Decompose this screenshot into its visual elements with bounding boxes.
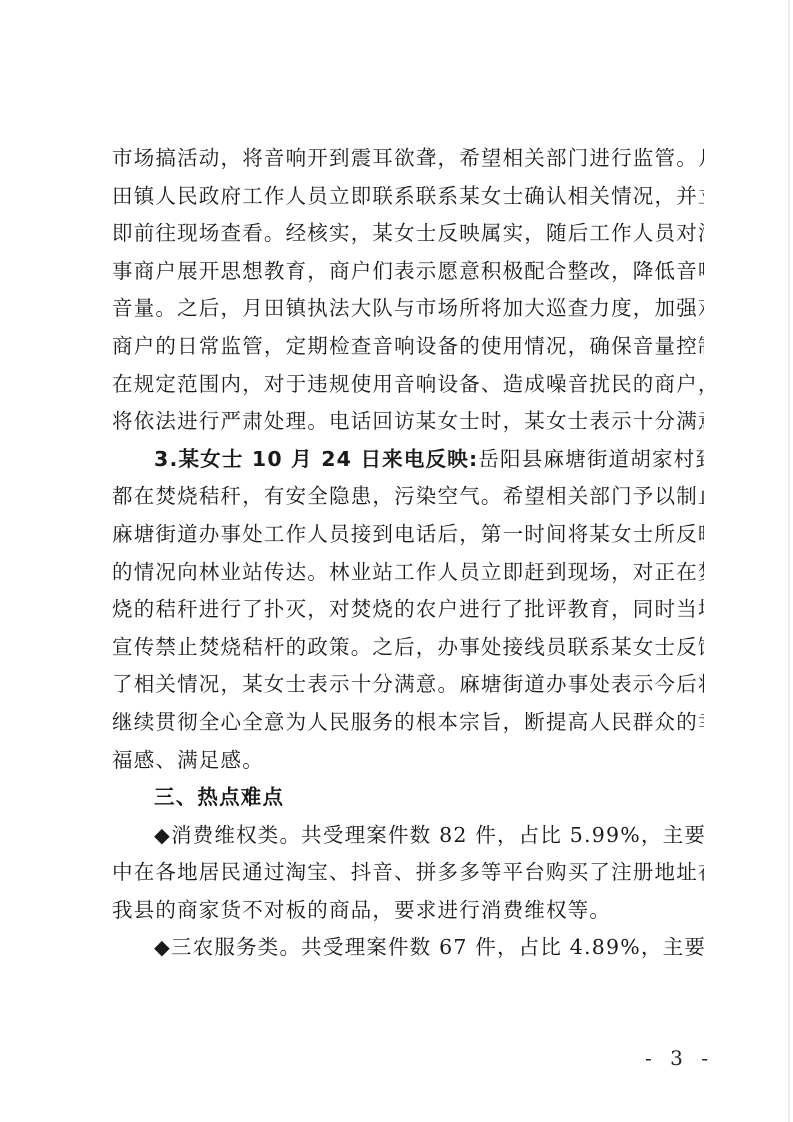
paragraph-line: 的情况向林业站传达。林业站工作人员立即赶到现场，对正在焚 bbox=[112, 554, 704, 592]
case-3-first-line: 3.某女士 10 月 24 日来电反映:岳阳县麻塘街道胡家村到处 bbox=[112, 441, 704, 479]
paragraph-line: 音量。之后，月田镇执法大队与市场所将加大巡查力度，加强对 bbox=[112, 290, 704, 328]
paragraph-line: 我县的商家货不对板的商品，要求进行消费维权等。 bbox=[112, 892, 704, 930]
paragraph-line: 麻塘街道办事处工作人员接到电话后，第一时间将某女士所反映 bbox=[112, 516, 704, 554]
paragraph-line: 中在各地居民通过淘宝、抖音、拼多多等平台购买了注册地址在 bbox=[112, 854, 704, 892]
paragraph-line: 继续贯彻全心全意为人民服务的根本宗旨，断提高人民群众的幸 bbox=[112, 704, 704, 742]
hotspot-item-first-line: ◆三农服务类。共受理案件数 67 件，占比 4.89%，主要集 bbox=[112, 929, 704, 967]
section-heading: 三、热点难点 bbox=[112, 779, 704, 817]
paragraph-line: 市场搞活动，将音响开到震耳欲聋，希望相关部门进行监管。月 bbox=[112, 140, 704, 178]
scan-edge bbox=[788, 0, 790, 1122]
paragraph-line: 即前往现场查看。经核实，某女士反映属实，随后工作人员对涉 bbox=[112, 215, 704, 253]
paragraph-line: 宣传禁止焚烧秸杆的政策。之后，办事处接线员联系某女士反馈 bbox=[112, 629, 704, 667]
paragraph-line: 事商户展开思想教育，商户们表示愿意积极配合整改，降低音响 bbox=[112, 253, 704, 291]
hotspot-item-first-line: ◆消费维权类。共受理案件数 82 件，占比 5.99%，主要集 bbox=[112, 817, 704, 855]
page-number: - 3 - bbox=[645, 1046, 714, 1070]
case-3-text: 岳阳县麻塘街道胡家村到处 bbox=[478, 447, 704, 471]
paragraph-line: 在规定范围内，对于违规使用音响设备、造成噪音扰民的商户， bbox=[112, 366, 704, 404]
case-3-title: 3.某女士 10 月 24 日来电反映: bbox=[154, 447, 478, 471]
document-body: 市场搞活动，将音响开到震耳欲聋，希望相关部门进行监管。月 田镇人民政府工作人员立… bbox=[112, 140, 704, 967]
paragraph-line: 田镇人民政府工作人员立即联系联系某女士确认相关情况，并立 bbox=[112, 178, 704, 216]
paragraph-line: 都在焚烧秸秆，有安全隐患，污染空气。希望相关部门予以制止。 bbox=[112, 478, 704, 516]
paragraph-line: 将依法进行严肃处理。电话回访某女士时，某女士表示十分满意。 bbox=[112, 403, 704, 441]
paragraph-line: 烧的秸秆进行了扑灭，对焚烧的农户进行了批评教育，同时当场 bbox=[112, 591, 704, 629]
diamond-bullet-icon: ◆ bbox=[154, 935, 171, 959]
diamond-bullet-icon: ◆ bbox=[154, 823, 171, 847]
paragraph-line: 了相关情况，某女士表示十分满意。麻塘街道办事处表示今后将 bbox=[112, 666, 704, 704]
document-page: 市场搞活动，将音响开到震耳欲聋，希望相关部门进行监管。月 田镇人民政府工作人员立… bbox=[0, 0, 793, 1122]
paragraph-line: 商户的日常监管，定期检查音响设备的使用情况，确保音量控制 bbox=[112, 328, 704, 366]
paragraph-line: 福感、满足感。 bbox=[112, 742, 704, 780]
